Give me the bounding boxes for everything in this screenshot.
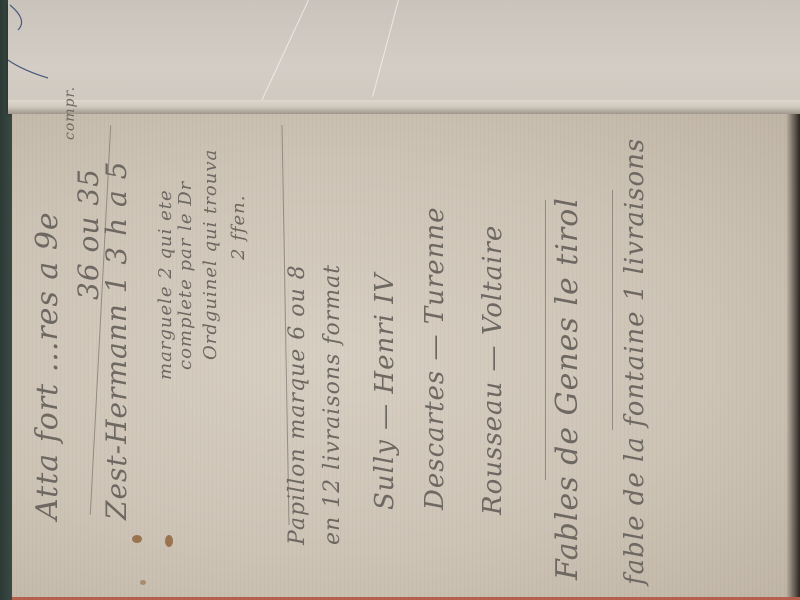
handwritten-line: Fables de Genes le tirol (550, 197, 585, 580)
foxing-stain (165, 535, 173, 547)
handwritten-line: Zest-Hermann 1 3 h a 5 (100, 161, 133, 520)
handwritten-line: Rousseau — Voltaire (478, 225, 508, 515)
foxing-stain (132, 535, 142, 543)
flyleaf-page (8, 0, 800, 112)
handwritten-line: Ordguinel qui trouva (200, 149, 221, 360)
handwritten-line: 2 ffen. (228, 195, 249, 260)
handwritten-line: complete par le Dr (175, 181, 196, 370)
paper-crack (372, 0, 399, 97)
handwritten-line: Atta fort ...res a 9e (30, 211, 65, 520)
pencil-rule (612, 190, 613, 430)
handwritten-line: marguele 2 qui ete (155, 189, 176, 380)
handwritten-line: en 12 livraisons format (320, 264, 345, 545)
flyleaf-edge (8, 100, 800, 114)
handwritten-line: Descartes — Turenne (420, 206, 450, 510)
foxing-stain (140, 580, 146, 585)
handwritten-line: Papillon marque 6 ou 8 (285, 264, 310, 545)
paper-crack (262, 0, 309, 100)
pencil-rule (545, 200, 546, 480)
ink-scribble (8, 0, 48, 110)
handwritten-line: fable de la fontaine 1 livraisons (620, 138, 650, 585)
handwritten-line: Sully — Henri IV (370, 273, 400, 510)
page-shadow (786, 114, 800, 600)
handwritten-superscript: compr. (62, 86, 78, 140)
